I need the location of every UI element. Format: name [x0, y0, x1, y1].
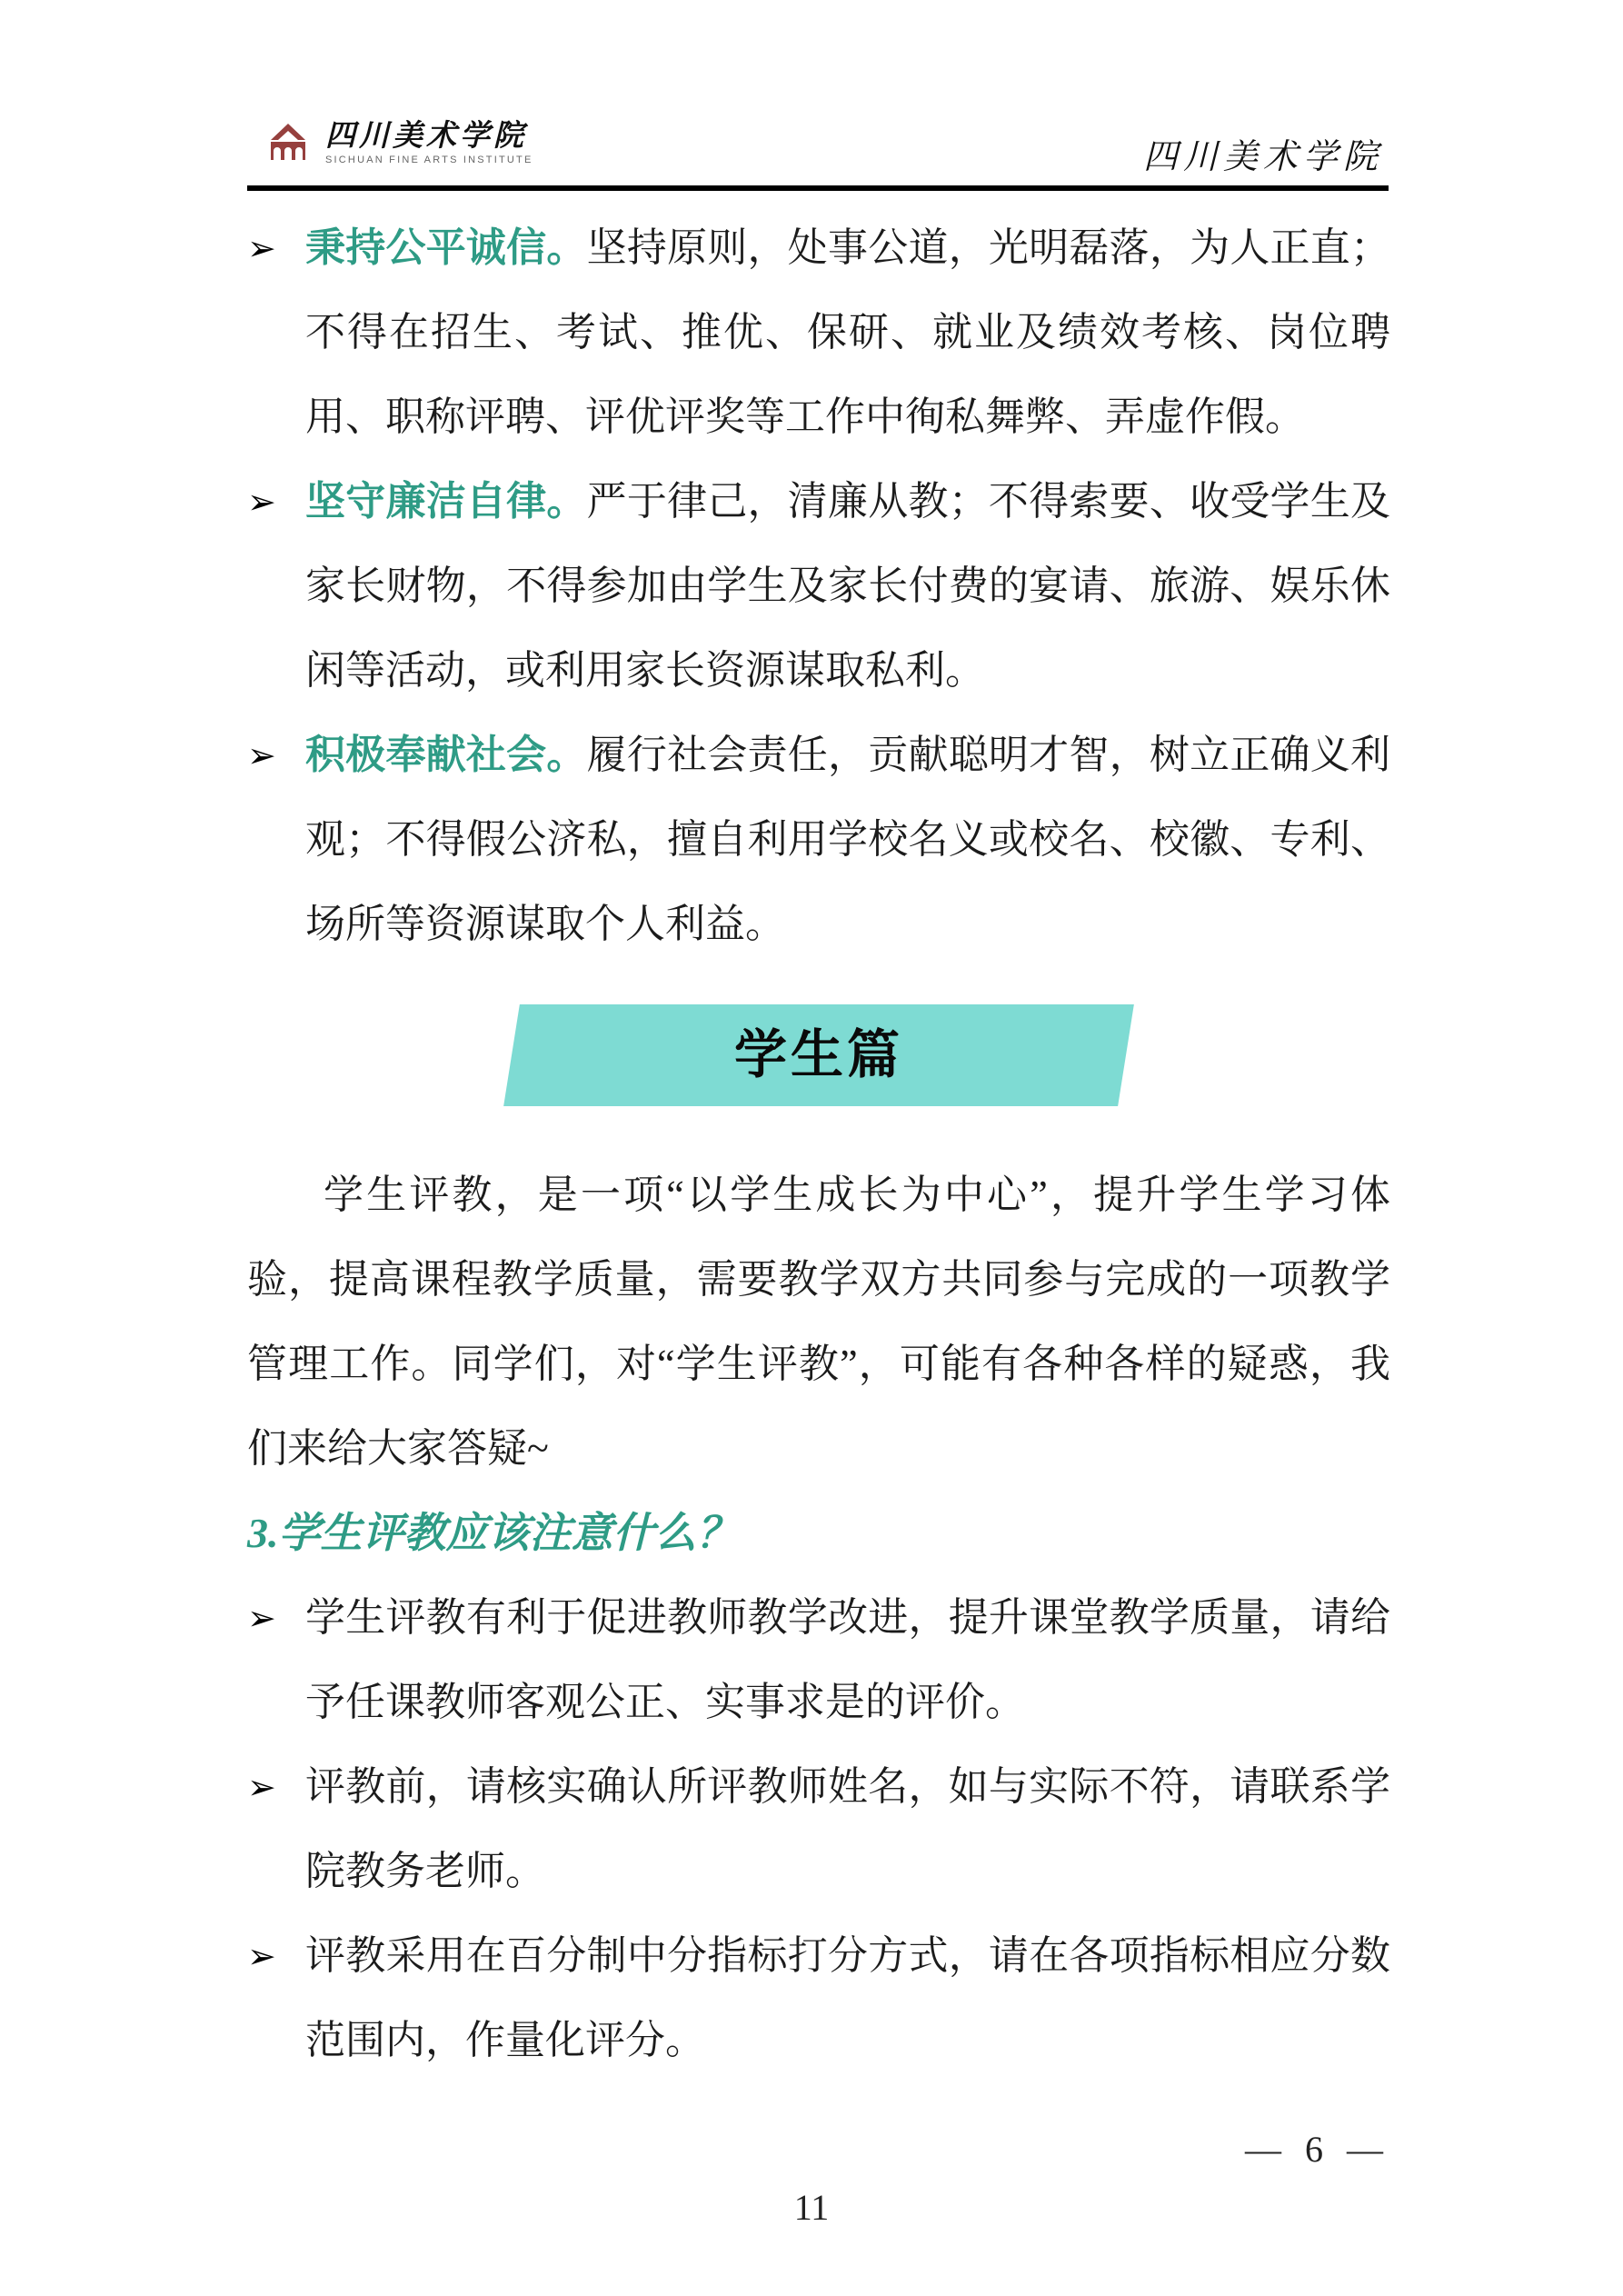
list-item: ➢积极奉献社会。履行社会责任，贡献聪明才智，树立正确义利观；不得假公济私，擅自利…: [247, 713, 1390, 966]
rule-lead: 坚守廉洁自律。: [305, 479, 587, 524]
section-page-indicator: — 6 —: [247, 2129, 1390, 2171]
arrow-bullet-icon: ➢: [247, 207, 276, 292]
tip-body: 学生评教有利于促进教师教学改进，提升课堂教学质量，请给予任课教师客观公正、实事求…: [305, 1595, 1390, 1724]
school-gate-icon: [264, 122, 313, 162]
arrow-bullet-icon: ➢: [247, 714, 276, 799]
list-item: ➢评教前，请核实确认所评教师姓名，如与实际不符，请联系学院教务老师。: [247, 1744, 1390, 1913]
logo-title-cn: 四川美术学院: [325, 120, 533, 153]
arrow-bullet-icon: ➢: [247, 1746, 276, 1831]
list-item: ➢评教采用在百分制中分指标打分方式，请在各项指标相应分数范围内，作量化评分。: [247, 1913, 1390, 2082]
document-page: 四川美术学院 SICHUAN FINE ARTS INSTITUTE 四川美术学…: [0, 0, 1623, 2296]
header-school-name: 四川美术学院: [1143, 128, 1383, 178]
list-item: ➢学生评教有利于促进教师教学改进，提升课堂教学质量，请给予任课教师客观公正、实事…: [247, 1575, 1390, 1744]
tip-body: 评教前，请核实确认所评教师姓名，如与实际不符，请联系学院教务老师。: [305, 1764, 1390, 1893]
arrow-bullet-icon: ➢: [247, 461, 276, 545]
intro-paragraph: 学生评教，是一项“以学生成长为中心”，提升学生学习体验，提高课程教学质量，需要教…: [247, 1153, 1390, 1491]
student-tip-list: ➢学生评教有利于促进教师教学改进，提升课堂教学质量，请给予任课教师客观公正、实事…: [247, 1575, 1390, 2082]
list-item: ➢坚守廉洁自律。严于律己，清廉从教；不得索要、收受学生及家长财物，不得参加由学生…: [247, 459, 1390, 713]
list-item: ➢秉持公平诚信。坚持原则，处事公道，光明磊落，为人正直；不得在招生、考试、推优、…: [247, 205, 1390, 459]
section-title: 学生篇: [512, 1004, 1126, 1106]
main-content: ➢秉持公平诚信。坚持原则，处事公道，光明磊落，为人正直；不得在招生、考试、推优、…: [247, 205, 1390, 2082]
teacher-rule-list: ➢秉持公平诚信。坚持原则，处事公道，光明磊落，为人正直；不得在招生、考试、推优、…: [247, 205, 1390, 966]
arrow-bullet-icon: ➢: [247, 1577, 276, 1662]
tip-body: 评教采用在百分制中分指标打分方式，请在各项指标相应分数范围内，作量化评分。: [305, 1933, 1390, 2062]
arrow-bullet-icon: ➢: [247, 1915, 276, 2000]
question-heading: 3.学生评教应该注意什么？: [247, 1491, 1390, 1575]
section-banner: 学生篇: [512, 1004, 1126, 1106]
page-header: 四川美术学院 SICHUAN FINE ARTS INSTITUTE 四川美术学…: [247, 115, 1389, 191]
school-logo: 四川美术学院 SICHUAN FINE ARTS INSTITUTE: [264, 120, 533, 165]
page-number: 11: [0, 2187, 1623, 2229]
logo-title-en: SICHUAN FINE ARTS INSTITUTE: [325, 155, 533, 165]
rule-lead: 积极奉献社会。: [305, 733, 587, 777]
rule-lead: 秉持公平诚信。: [305, 225, 587, 270]
logo-text-block: 四川美术学院 SICHUAN FINE ARTS INSTITUTE: [325, 120, 533, 165]
